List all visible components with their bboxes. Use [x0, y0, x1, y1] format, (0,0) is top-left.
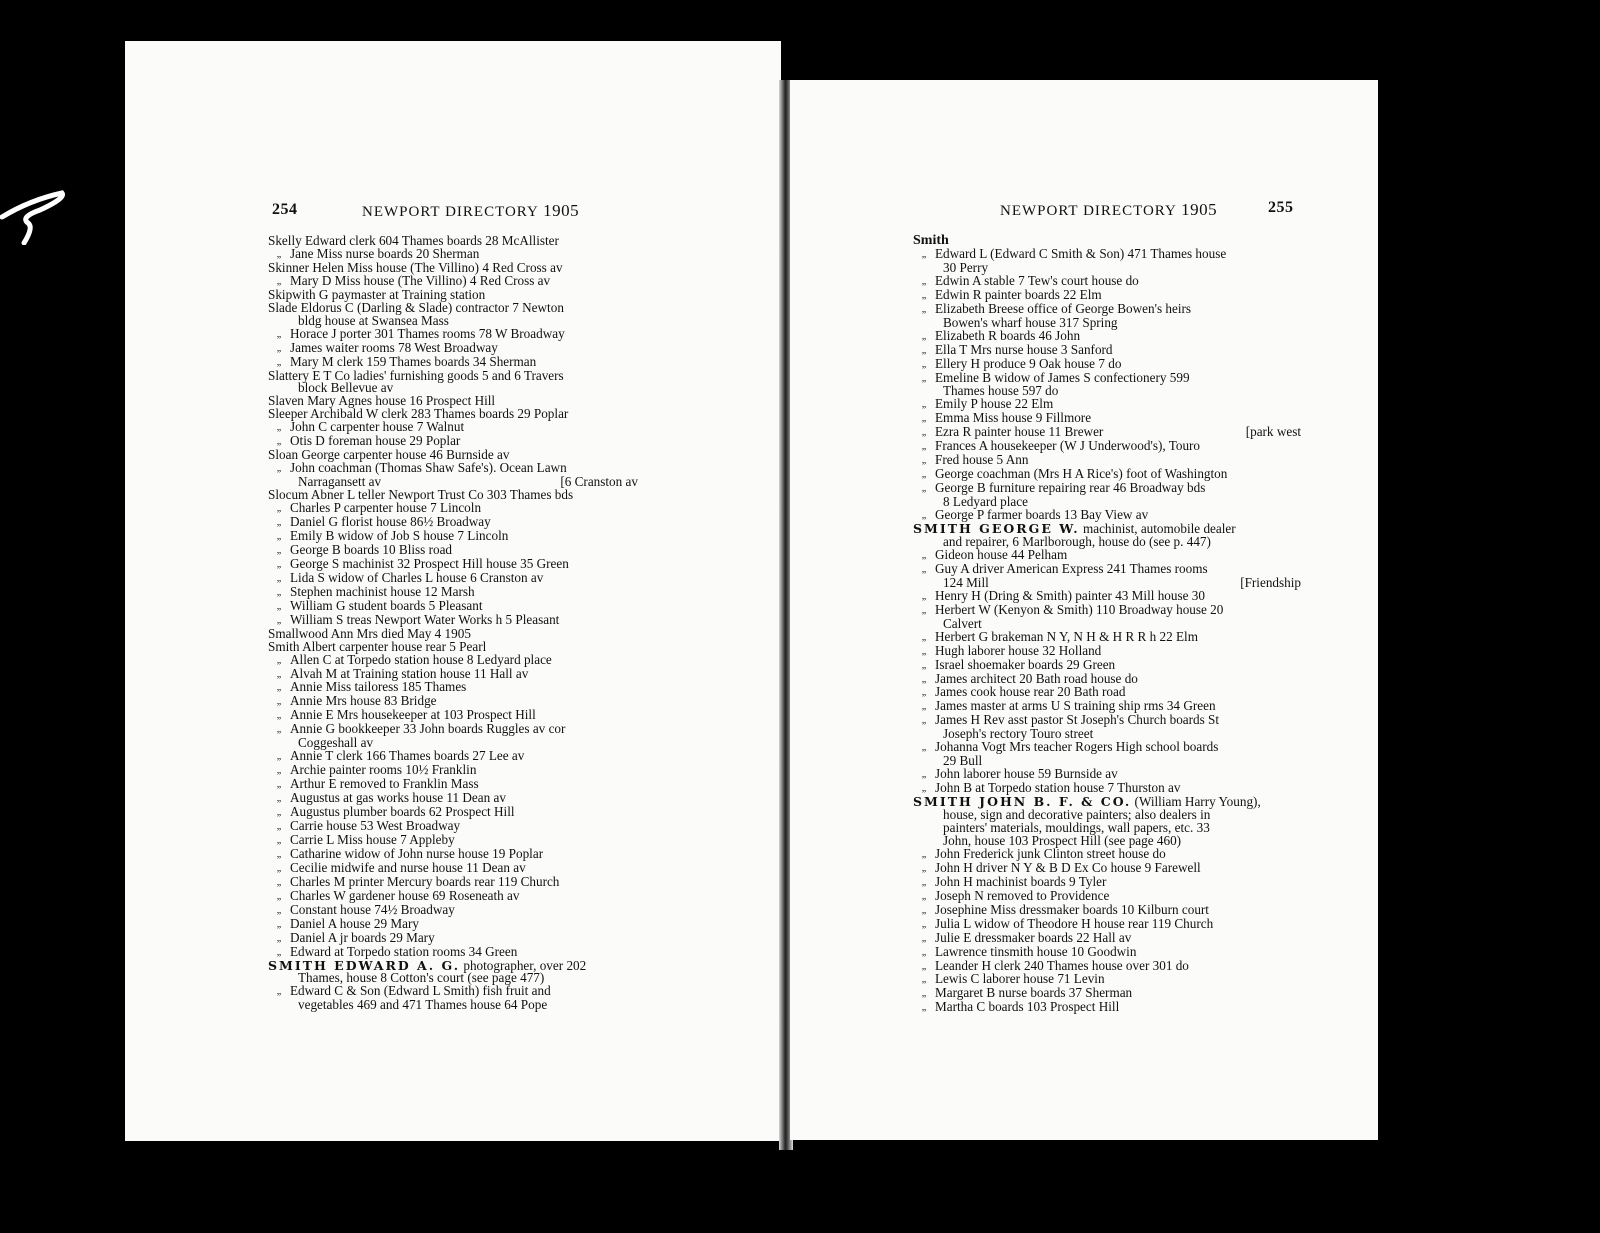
ditto-mark: „: [272, 463, 286, 476]
directory-entry: „Edward L (Edward C Smith & Son) 471 Tha…: [913, 248, 1301, 275]
entry-text: Carrie house 53 West Broadway: [290, 818, 460, 833]
directory-entries: Skelly Edward clerk 604 Thames boards 28…: [268, 235, 638, 1012]
ditto-mark: „: [272, 779, 286, 792]
entry-text: Edward L (Edward C Smith & Son) 471 Tham…: [935, 246, 1226, 261]
entry-text: Herbert G brakeman N Y, N H & H R R h 22…: [935, 629, 1198, 644]
ditto-mark: „: [917, 345, 931, 358]
entry-text: Edwin R painter boards 22 Elm: [935, 287, 1102, 302]
entry-text: James cook house rear 20 Bath road: [935, 684, 1125, 699]
entry-text: Guy A driver American Express 241 Thames…: [935, 561, 1208, 576]
entry-text: Lewis C laborer house 71 Levin: [935, 971, 1105, 986]
directory-entry: „George B furniture repairing rear 46 Br…: [913, 482, 1301, 509]
entry-text: Elizabeth R boards 46 John: [935, 328, 1080, 343]
ditto-mark: „: [272, 545, 286, 558]
ditto-mark: „: [272, 573, 286, 586]
entry-text: Julia L widow of Theodore H house rear 1…: [935, 916, 1213, 931]
handwritten-mark: [0, 165, 70, 245]
entry-text: Constant house 74½ Broadway: [290, 902, 455, 917]
ditto-mark: „: [917, 701, 931, 714]
ditto-mark: „: [917, 1002, 931, 1015]
entry-text: Jane Miss nurse boards 20 Sherman: [290, 246, 479, 261]
ditto-mark: „: [272, 517, 286, 530]
entry-text: Annie T clerk 166 Thames boards 27 Lee a…: [290, 748, 524, 763]
ditto-mark: „: [272, 891, 286, 904]
entry-text: James H Rev asst pastor St Joseph's Chur…: [935, 712, 1219, 727]
entry-text: Carrie L Miss house 7 Appleby: [290, 832, 455, 847]
ditto-mark: „: [272, 724, 286, 737]
left-page: 254 NEWPORT DIRECTORY 1905 Skelly Edward…: [125, 41, 781, 1141]
entry-text: George B furniture repairing rear 46 Bro…: [935, 480, 1205, 495]
directory-entry: „Elizabeth Breese office of George Bowen…: [913, 303, 1301, 330]
page-number: 254: [272, 201, 298, 219]
ditto-mark: „: [917, 891, 931, 904]
entry-text: Ella T Mrs nurse house 3 Sanford: [935, 342, 1113, 357]
directory-entry: „James H Rev asst pastor St Joseph's Chu…: [913, 714, 1301, 741]
ditto-mark: „: [272, 710, 286, 723]
entry-text: William S treas Newport Water Works h 5 …: [290, 612, 559, 627]
ditto-mark: „: [272, 329, 286, 342]
entry-text: Joseph N removed to Providence: [935, 888, 1109, 903]
ditto-mark: „: [272, 669, 286, 682]
ditto-mark: „: [272, 849, 286, 862]
ditto-mark: „: [917, 427, 931, 440]
entry-text: Emeline B widow of James S confectionery…: [935, 370, 1190, 385]
ditto-mark: „: [272, 531, 286, 544]
ditto-mark: „: [917, 849, 931, 862]
entry-text: George coachman (Mrs H A Rice's) foot of…: [935, 466, 1227, 481]
ditto-mark: „: [917, 550, 931, 563]
directory-entry: SMITH JOHN B. F. & CO. (William Harry Yo…: [913, 796, 1301, 848]
entry-text: James master at arms U S training ship r…: [935, 698, 1216, 713]
entry-text: Charles M printer Mercury boards rear 11…: [290, 874, 559, 889]
ditto-mark: „: [272, 807, 286, 820]
ditto-mark: „: [917, 373, 931, 386]
entry-text: Daniel G florist house 86½ Broadway: [290, 514, 491, 529]
ditto-mark: „: [917, 359, 931, 372]
ditto-mark: „: [917, 769, 931, 782]
entry-text: Johanna Vogt Mrs teacher Rogers High sch…: [935, 739, 1218, 754]
ditto-mark: „: [917, 961, 931, 974]
entry-text: Allen C at Torpedo station house 8 Ledya…: [290, 652, 552, 667]
entry-text: Edward C & Son (Edward L Smith) fish fru…: [290, 983, 551, 998]
entry-text: John coachman (Thomas Shaw Safe's). Ocea…: [290, 460, 567, 475]
entry-text: Stephen machinist house 12 Marsh: [290, 584, 475, 599]
entry-text: Ezra R painter house 11 Brewer: [935, 424, 1103, 439]
ditto-mark: „: [917, 290, 931, 303]
entry-text: Archie painter rooms 10½ Franklin: [290, 762, 476, 777]
ditto-mark: „: [917, 715, 931, 728]
entry-text: Horace J porter 301 Thames rooms 78 W Br…: [290, 326, 565, 341]
entry-text: Ellery H produce 9 Oak house 7 do: [935, 356, 1121, 371]
page-number: 255: [1268, 199, 1294, 217]
entry-text: Mary D Miss house (The Villino) 4 Red Cr…: [290, 273, 550, 288]
entry-text: Herbert W (Kenyon & Smith) 110 Broadway …: [935, 602, 1223, 617]
ditto-mark: „: [272, 422, 286, 435]
entry-text: Elizabeth Breese office of George Bowen'…: [935, 301, 1191, 316]
ditto-mark: „: [917, 974, 931, 987]
entry-text: Henry H (Dring & Smith) painter 43 Mill …: [935, 588, 1205, 603]
ditto-mark: „: [917, 276, 931, 289]
ditto-mark: „: [917, 455, 931, 468]
entry-text: Josephine Miss dressmaker boards 10 Kilb…: [935, 902, 1209, 917]
directory-entry: „John coachman (Thomas Shaw Safe's). Oce…: [268, 462, 638, 489]
entry-text: Annie G bookkeeper 33 John boards Ruggle…: [290, 721, 565, 736]
entry-text: Charles W gardener house 69 Roseneath av: [290, 888, 520, 903]
directory-entry: SMITH GEORGE W. machinist, automobile de…: [913, 523, 1301, 549]
directory-entry: „Emeline B widow of James S confectioner…: [913, 372, 1301, 399]
ditto-mark: „: [917, 469, 931, 482]
ditto-mark: „: [917, 249, 931, 262]
entry-text: Edwin A stable 7 Tew's court house do: [935, 273, 1139, 288]
ditto-mark: „: [272, 765, 286, 778]
entry-text: Mary M clerk 159 Thames boards 34 Sherma…: [290, 354, 536, 369]
entry-text: Annie E Mrs housekeeper at 103 Prospect …: [290, 707, 536, 722]
entry-text: Arthur E removed to Franklin Mass: [290, 776, 479, 791]
ditto-mark: „: [272, 751, 286, 764]
entry-text: Emma Miss house 9 Fillmore: [935, 410, 1091, 425]
ditto-mark: „: [272, 343, 286, 356]
ditto-mark: „: [272, 696, 286, 709]
entry-text: James waiter rooms 78 West Broadway: [290, 340, 498, 355]
ditto-mark: „: [917, 413, 931, 426]
entry-text: Daniel A jr boards 29 Mary: [290, 930, 435, 945]
ditto-mark: „: [272, 905, 286, 918]
entry-text: John Frederick junk Clinton street house…: [935, 846, 1166, 861]
directory-entry: „Johanna Vogt Mrs teacher Rogers High sc…: [913, 741, 1301, 768]
ditto-mark: „: [917, 742, 931, 755]
ditto-mark: „: [272, 986, 286, 999]
entry-text: Annie Mrs house 83 Bridge: [290, 693, 437, 708]
entry-text: Fred house 5 Ann: [935, 452, 1028, 467]
entry-text: George S machinist 32 Prospect Hill hous…: [290, 556, 569, 571]
ditto-mark: „: [272, 793, 286, 806]
entry-text: Hugh laborer house 32 Holland: [935, 643, 1101, 658]
directory-year: 1905: [1181, 200, 1217, 219]
ditto-mark: „: [272, 655, 286, 668]
directory-title: NEWPORT DIRECTORY: [362, 204, 539, 220]
ditto-mark: „: [917, 441, 931, 454]
directory-entry: „Edward C & Son (Edward L Smith) fish fr…: [268, 985, 638, 1012]
directory-entry: „Guy A driver American Express 241 Thame…: [913, 563, 1301, 590]
entry-text: Daniel A house 29 Mary: [290, 916, 419, 931]
entry-text: Lida S widow of Charles L house 6 Cranst…: [290, 570, 543, 585]
ditto-mark: „: [917, 988, 931, 1001]
entry-continuation-bracket: [park west: [1246, 426, 1301, 439]
entry-continuation-bracket: [Friendship: [1240, 577, 1301, 590]
entry-text: Emily B widow of Job S house 7 Lincoln: [290, 528, 508, 543]
entry-text: Martha C boards 103 Prospect Hill: [935, 999, 1119, 1014]
entry-text: William G student boards 5 Pleasant: [290, 598, 483, 613]
entry-text: Alvah M at Training station house 11 Hal…: [290, 666, 528, 681]
ditto-mark: „: [272, 601, 286, 614]
ditto-mark: „: [917, 331, 931, 344]
ditto-mark: „: [917, 863, 931, 876]
ditto-mark: „: [272, 821, 286, 834]
entry-text: John laborer house 59 Burnside av: [935, 766, 1118, 781]
entry-text: Otis D foreman house 29 Poplar: [290, 433, 460, 448]
entry-text: Charles P carpenter house 7 Lincoln: [290, 500, 481, 515]
ditto-mark: „: [917, 687, 931, 700]
entry-text: Augustus plumber boards 62 Prospect Hill: [290, 804, 515, 819]
directory-entry: Slattery E T Co ladies' furnishing goods…: [268, 370, 638, 396]
ditto-mark: „: [272, 559, 286, 572]
entry-text: Augustus at gas works house 11 Dean av: [290, 790, 506, 805]
ditto-mark: „: [917, 646, 931, 659]
directory-entry: SMITH EDWARD A. G. photographer, over 20…: [268, 960, 638, 986]
right-page: NEWPORT DIRECTORY 1905 255 Smith „Edward…: [790, 80, 1378, 1140]
directory-entry: Slade Eldorus C (Darling & Slade) contra…: [268, 302, 638, 328]
entry-text: Julie E dressmaker boards 22 Hall av: [935, 930, 1131, 945]
ditto-mark: „: [272, 877, 286, 890]
ditto-mark: „: [272, 933, 286, 946]
ditto-mark: „: [917, 564, 931, 577]
ditto-mark: „: [917, 304, 931, 317]
directory-entry: „Herbert W (Kenyon & Smith) 110 Broadway…: [913, 604, 1301, 631]
entry-text: George P farmer boards 13 Bay View av: [935, 507, 1148, 522]
ditto-mark: „: [917, 591, 931, 604]
directory-entry: „Annie G bookkeeper 33 John boards Ruggl…: [268, 723, 638, 750]
entry-text: Leander H clerk 240 Thames house over 30…: [935, 958, 1189, 973]
ditto-mark: „: [272, 503, 286, 516]
ditto-mark: „: [917, 605, 931, 618]
directory-entries: Smith „Edward L (Edward C Smith & Son) 4…: [913, 235, 1301, 1015]
entry-text: Gideon house 44 Pelham: [935, 547, 1067, 562]
entry-text: Annie Miss tailoress 185 Thames: [290, 679, 466, 694]
ditto-mark: „: [917, 933, 931, 946]
ditto-mark: „: [272, 587, 286, 600]
ditto-mark: „: [272, 919, 286, 932]
ditto-mark: „: [917, 905, 931, 918]
entry-text: Catharine widow of John nurse house 19 P…: [290, 846, 543, 861]
entry-text: Frances A housekeeper (W J Underwood's),…: [935, 438, 1200, 453]
ditto-mark: „: [917, 483, 931, 496]
entry-text: Emily P house 22 Elm: [935, 396, 1053, 411]
entry-text: James architect 20 Bath road house do: [935, 671, 1138, 686]
ditto-mark: „: [917, 877, 931, 890]
ditto-mark: „: [917, 674, 931, 687]
entry-text: Margaret B nurse boards 37 Sherman: [935, 985, 1132, 1000]
ditto-mark: „: [917, 632, 931, 645]
directory-year: 1905: [543, 201, 579, 220]
ditto-mark: „: [272, 682, 286, 695]
ditto-mark: „: [272, 835, 286, 848]
ditto-mark: „: [917, 919, 931, 932]
entry-text: George B boards 10 Bliss road: [290, 542, 452, 557]
entry-text: Israel shoemaker boards 29 Green: [935, 657, 1115, 672]
directory-title: NEWPORT DIRECTORY: [1000, 203, 1177, 219]
entry-text: John C carpenter house 7 Walnut: [290, 419, 464, 434]
ditto-mark: „: [917, 947, 931, 960]
ditto-mark: „: [917, 399, 931, 412]
entry-text: Edward at Torpedo station rooms 34 Green: [290, 944, 517, 959]
entry-continuation: vegetables 469 and 471 Thames house 64 P…: [268, 999, 638, 1012]
entry-text: Lawrence tinsmith house 10 Goodwin: [935, 944, 1136, 959]
ditto-mark: „: [917, 660, 931, 673]
entry-text: John B at Torpedo station house 7 Thurst…: [935, 780, 1180, 795]
entry-text: John H machinist boards 9 Tyler: [935, 874, 1106, 889]
entry-text: Cecilie midwife and nurse house 11 Dean …: [290, 860, 526, 875]
ditto-mark: „: [272, 863, 286, 876]
entry-text: John H driver N Y & B D Ex Co house 9 Fa…: [935, 860, 1201, 875]
directory-entry: „Martha C boards 103 Prospect Hill: [913, 1001, 1301, 1015]
